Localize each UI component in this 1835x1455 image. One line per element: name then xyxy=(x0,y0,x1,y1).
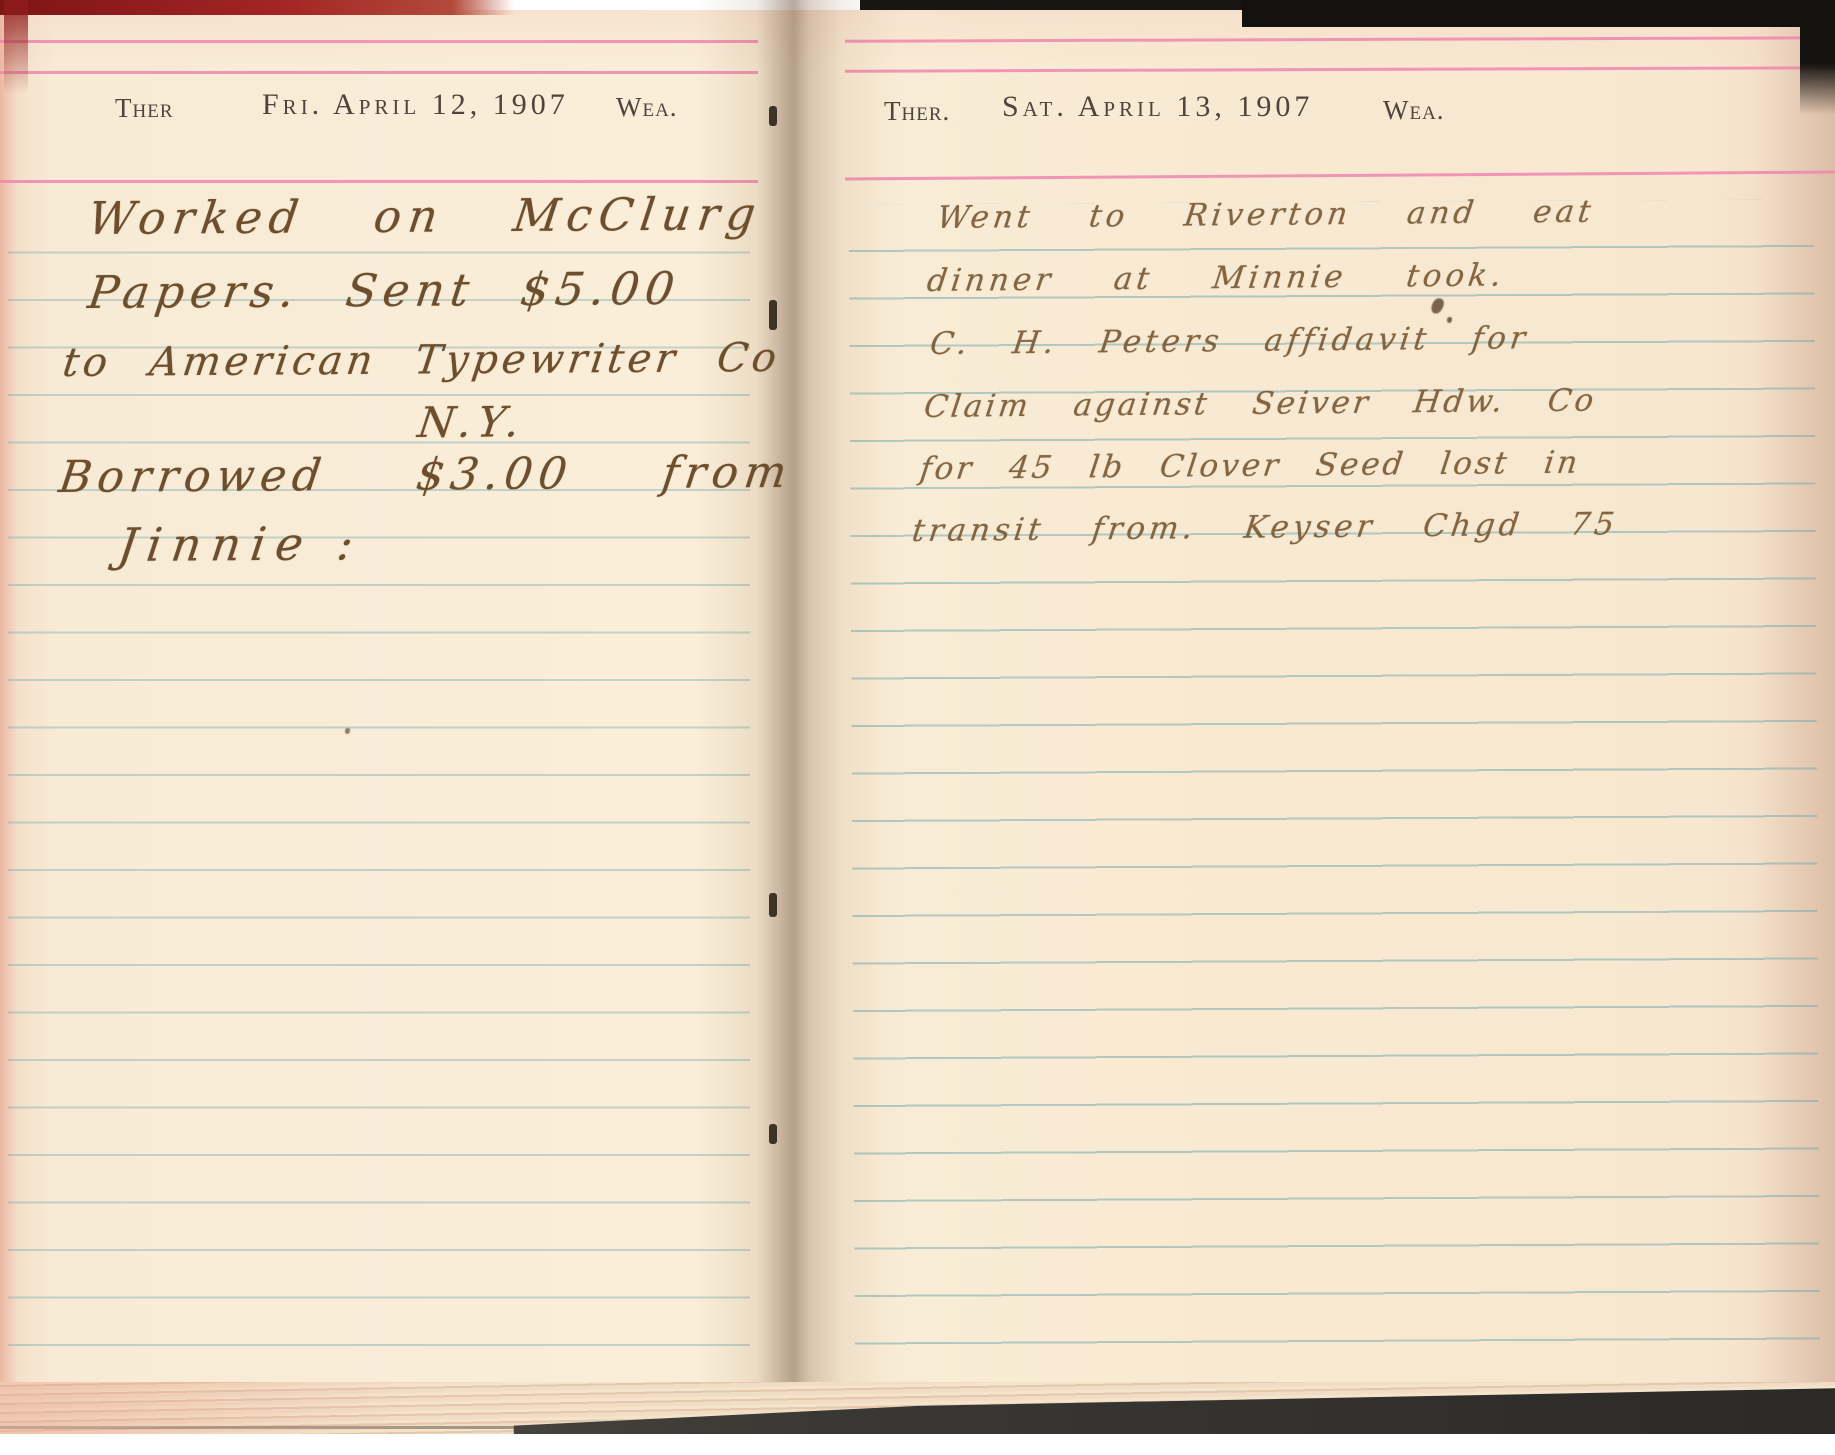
handwritten-line: for 45 lb Clover Seed lost in xyxy=(918,445,1583,487)
handwritten-line: N.Y. xyxy=(415,397,529,447)
handwritten-line: Claim against Seiver Hdw. Co xyxy=(922,383,1599,425)
top-black-edge-thin xyxy=(860,0,1244,10)
page-edge-shadow-line xyxy=(0,1426,540,1429)
handwritten-line: dinner at Minnie took. xyxy=(925,257,1507,299)
pink-rule-second-left xyxy=(0,71,758,74)
right-date-heading: Sat. April 13, 1907 xyxy=(1002,90,1313,124)
right-ther-label: Ther. xyxy=(884,96,950,127)
handwritten-line: transit from. Keyser Chgd 75 xyxy=(910,506,1620,549)
left-date-heading: Fri. April 12, 1907 xyxy=(262,88,569,122)
left-ther-label: Ther xyxy=(115,93,174,124)
scan-bottom-margin xyxy=(0,1434,1835,1455)
right-wea-label: Wea. xyxy=(1383,95,1445,126)
top-left-cover-edge xyxy=(4,0,28,94)
diary-scan: Ther Fri. April 12, 1907 Wea. Ther. Sat.… xyxy=(0,0,1835,1455)
handwritten-line: Borrowed $3.00 from xyxy=(56,447,796,503)
pink-rule-underheader-left xyxy=(0,180,758,183)
binding-stitch xyxy=(769,1124,777,1144)
right-black-edge xyxy=(1800,0,1835,115)
top-cover-edge-maroon xyxy=(0,0,514,15)
binding-stitch xyxy=(769,106,777,126)
binding-stitch xyxy=(769,893,777,917)
handwritten-line: Papers. Sent $5.00 xyxy=(85,262,683,319)
handwritten-line: Jinnie : xyxy=(115,516,367,572)
handwritten-line: to American Typewriter Co xyxy=(60,335,783,386)
binding-stitch xyxy=(769,300,777,330)
bottom-page-edges xyxy=(0,1382,1835,1434)
left-wea-label: Wea. xyxy=(616,92,678,123)
handwritten-line: C. H. Peters affidavit for xyxy=(928,320,1531,362)
handwritten-line: Went to Riverton and eat xyxy=(935,194,1597,236)
blue-rules-right-page xyxy=(849,199,1820,1404)
pink-rule-top-left xyxy=(0,40,758,43)
handwritten-line: Worked on McClurg xyxy=(85,187,766,245)
top-black-edge-thick xyxy=(1242,0,1835,27)
